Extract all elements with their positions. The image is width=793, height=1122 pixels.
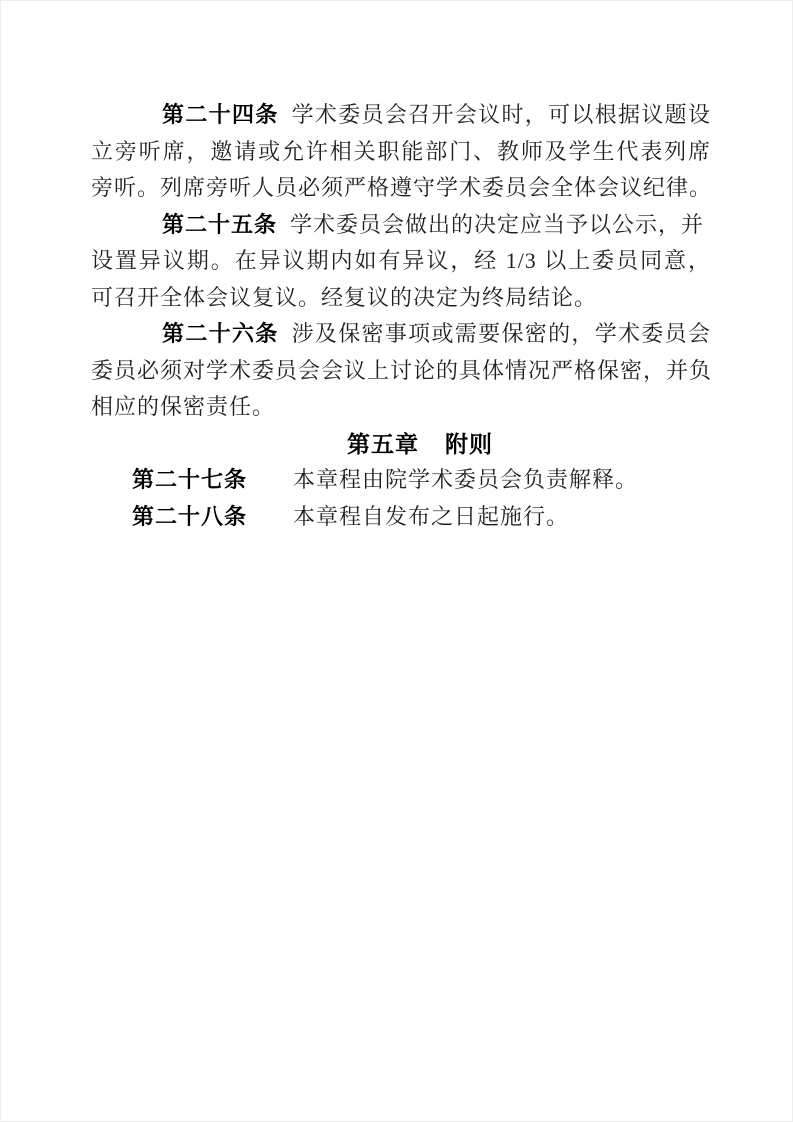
- article-28-number: 第二十八条: [132, 504, 247, 529]
- article-24-line-3: 旁听。列席旁听人员必须严格遵守学术委员会全体会议纪律。: [91, 170, 711, 207]
- article-26-number: 第二十六条: [162, 321, 279, 346]
- article-24-text-1: 学术委员会召开会议时，可以根据议题设: [292, 102, 711, 127]
- document-page: 第二十四条学术委员会召开会议时，可以根据议题设 立旁听席，邀请或允许相关职能部门…: [0, 0, 793, 1122]
- article-27-line: 第二十七条本章程由院学术委员会负责解释。: [91, 462, 711, 499]
- article-28-line: 第二十八条本章程自发布之日起施行。: [91, 499, 711, 536]
- article-24-line-1: 第二十四条学术委员会召开会议时，可以根据议题设: [91, 97, 711, 134]
- chapter-title: 附则: [445, 431, 493, 457]
- article-24-line-2: 立旁听席，邀请或允许相关职能部门、教师及学生代表列席: [91, 134, 711, 171]
- article-27-text: 本章程由院学术委员会负责解释。: [293, 467, 638, 492]
- article-26-line-1: 第二十六条涉及保密事项或需要保密的，学术委员会: [91, 316, 711, 353]
- article-25-line-1: 第二十五条学术委员会做出的决定应当予以公示，并: [91, 207, 711, 244]
- article-28-text: 本章程自发布之日起施行。: [293, 504, 569, 529]
- article-26-line-3: 相应的保密责任。: [91, 389, 711, 426]
- article-26-line-2: 委员必须对学术委员会会议上讨论的具体情况严格保密，并负: [91, 353, 711, 390]
- chapter-number: 第五章: [347, 431, 419, 457]
- article-25-line-2: 设置异议期。在异议期内如有异议，经 1/3 以上委员同意，: [91, 243, 711, 280]
- article-25-number: 第二十五条: [162, 212, 277, 237]
- article-27-number: 第二十七条: [132, 467, 247, 492]
- article-24-number: 第二十四条: [162, 102, 279, 127]
- document-body: 第二十四条学术委员会召开会议时，可以根据议题设 立旁听席，邀请或允许相关职能部门…: [91, 97, 711, 535]
- article-26-text-1: 涉及保密事项或需要保密的，学术委员会: [292, 321, 711, 346]
- article-25-line-3: 可召开全体会议复议。经复议的决定为终局结论。: [91, 280, 711, 317]
- chapter-heading: 第五章附则: [110, 426, 730, 463]
- article-25-text-1: 学术委员会做出的决定应当予以公示，并: [290, 212, 704, 237]
